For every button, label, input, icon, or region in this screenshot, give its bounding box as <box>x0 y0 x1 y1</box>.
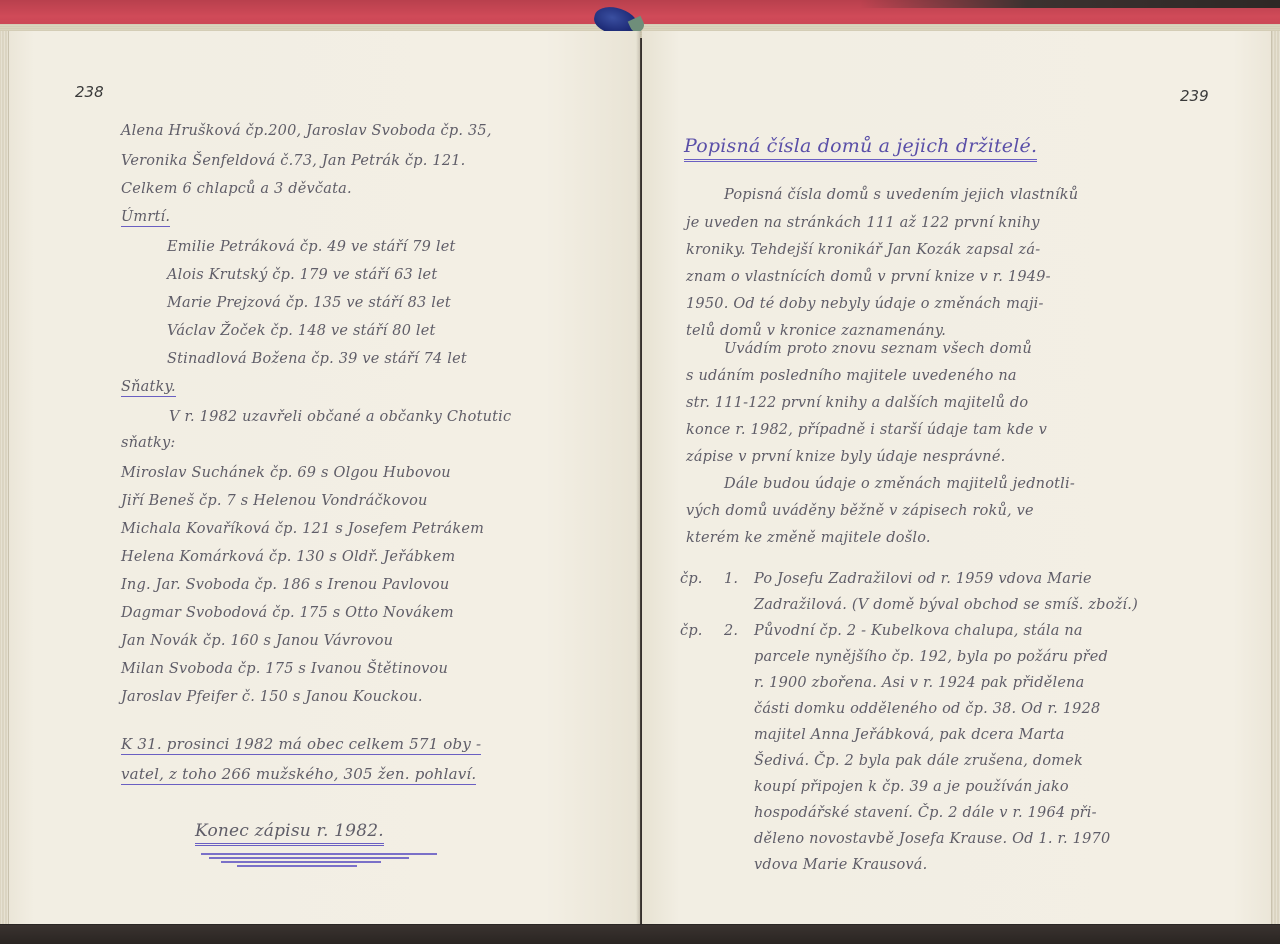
flourish-line <box>237 865 357 867</box>
house-record-line: Šedivá. Čp. 2 byla pak dále zrušena, dom… <box>754 753 1083 769</box>
house-record-label: čp. <box>680 571 703 587</box>
section-heading: Popisná čísla domů a jejich držitelé. <box>684 135 1037 162</box>
births-total: Celkem 6 chlapců a 3 děvčata. <box>121 181 352 197</box>
house-record-line: r. 1900 zbořena. Asi v r. 1924 pak přidě… <box>754 675 1085 691</box>
house-record-line: koupí připojen k čp. 39 a je používán ja… <box>754 779 1069 795</box>
population-summary-line-2: vatel, z toho 266 mužského, 305 žen. poh… <box>121 765 476 785</box>
house-record-line: hospodářské stavení. Čp. 2 dále v r. 196… <box>754 805 1097 821</box>
flourish-line <box>209 857 409 859</box>
left-page: 238 Alena Hrušková čp.200, Jaroslav Svob… <box>8 31 640 924</box>
page-stack-right-edge <box>1272 31 1280 924</box>
marriages-heading: Sňatky. <box>121 379 176 397</box>
paragraph-line: kterém ke změně majitele došlo. <box>686 530 931 546</box>
paragraph-line: znam o vlastnících domů v první knize v … <box>686 269 1051 285</box>
marriage-entry: Miroslav Suchánek čp. 69 s Olgou Hubovou <box>121 465 451 481</box>
death-entry: Marie Prejzová čp. 135 ve stáří 83 let <box>167 295 451 311</box>
paragraph-line: 1950. Od té doby nebyly údaje o změnách … <box>686 296 1044 312</box>
house-record-number: 2. <box>724 623 738 639</box>
book-cover-bottom-edge <box>0 925 1280 944</box>
house-record-line: Po Josefu Zadražilovi od r. 1959 vdova M… <box>754 571 1092 587</box>
flourish-line <box>221 861 381 863</box>
paragraph-line: je uveden na stránkách 111 až 122 první … <box>686 215 1040 231</box>
marriage-entry: Michala Kovaříková čp. 121 s Josefem Pet… <box>121 521 484 537</box>
paragraph-line: zápise v první knize byly údaje nesprávn… <box>686 449 1005 465</box>
house-record-line: děleno novostavbě Josefa Krause. Od 1. r… <box>754 831 1110 847</box>
flourish-line <box>201 853 437 855</box>
death-entry: Stinadlová Božena čp. 39 ve stáří 74 let <box>167 351 467 367</box>
marriage-entry: Milan Svoboda čp. 175 s Ivanou Štětinovo… <box>121 661 448 677</box>
paragraph-line: Dále budou údaje o změnách majitelů jedn… <box>724 476 1075 492</box>
house-record-line: vdova Marie Krausová. <box>754 857 927 873</box>
population-summary-line-1: K 31. prosinci 1982 má obec celkem 571 o… <box>121 735 481 755</box>
births-line-1: Alena Hrušková čp.200, Jaroslav Svoboda … <box>121 123 492 139</box>
marriage-entry: Jaroslav Pfeifer č. 150 s Janou Kouckou. <box>121 689 423 705</box>
paragraph-line: s udáním posledního majitele uvedeného n… <box>686 368 1017 384</box>
marriages-intro-line-1: V r. 1982 uzavřeli občané a občanky Chot… <box>169 409 511 425</box>
paragraph-line: kroniky. Tehdejší kronikář Jan Kozák zap… <box>686 242 1040 258</box>
background-shadow <box>860 0 1280 8</box>
page-number-left: 238 <box>75 83 104 101</box>
house-record-line: Zadražilová. (V domě býval obchod se smí… <box>754 597 1138 613</box>
marriage-entry: Helena Komárková čp. 130 s Oldř. Jeřábke… <box>121 549 455 565</box>
births-line-2: Veronika Šenfeldová č.73, Jan Petrák čp.… <box>121 153 466 169</box>
marriages-intro-line-2: sňatky: <box>121 435 176 451</box>
death-entry: Alois Krutský čp. 179 ve stáří 63 let <box>167 267 437 283</box>
paragraph-line: Uvádím proto znovu seznam všech domů <box>724 341 1032 357</box>
marriage-entry: Jan Novák čp. 160 s Janou Vávrovou <box>121 633 393 649</box>
house-record-line: části domku odděleného od čp. 38. Od r. … <box>754 701 1100 717</box>
house-record-line: majitel Anna Jeřábková, pak dcera Marta <box>754 727 1065 743</box>
page-stack-left-edge <box>0 31 8 924</box>
marriage-entry: Ing. Jar. Svoboda čp. 186 s Irenou Pavlo… <box>121 577 449 593</box>
paragraph-line: telů domů v kronice zaznamenány. <box>686 323 946 339</box>
right-page: 239 Popisná čísla domů a jejich držitelé… <box>642 31 1272 924</box>
paragraph-line: konce r. 1982, případně i starší údaje t… <box>686 422 1047 438</box>
marriage-entry: Dagmar Svobodová čp. 175 s Otto Novákem <box>121 605 454 621</box>
house-record-number: 1. <box>724 571 738 587</box>
marriage-entry: Jiří Beneš čp. 7 s Helenou Vondráčkovou <box>121 493 428 509</box>
paragraph-line: str. 111-122 první knihy a dalších majit… <box>686 395 1028 411</box>
death-entry: Václav Žoček čp. 148 ve stáří 80 let <box>167 323 436 339</box>
house-record-line: Původní čp. 2 - Kubelkova chalupa, stála… <box>754 623 1083 639</box>
closing-note: Konec zápisu r. 1982. <box>195 821 384 846</box>
paragraph-line: vých domů uváděny běžně v zápisech roků,… <box>686 503 1034 519</box>
house-record-line: parcele nynějšího čp. 192, byla po požár… <box>754 649 1108 665</box>
house-record-label: čp. <box>680 623 703 639</box>
death-entry: Emilie Petráková čp. 49 ve stáří 79 let <box>167 239 456 255</box>
page-number-right: 239 <box>1180 87 1209 105</box>
deaths-heading: Úmrtí. <box>121 209 170 227</box>
paragraph-line: Popisná čísla domů s uvedením jejich vla… <box>724 187 1078 203</box>
